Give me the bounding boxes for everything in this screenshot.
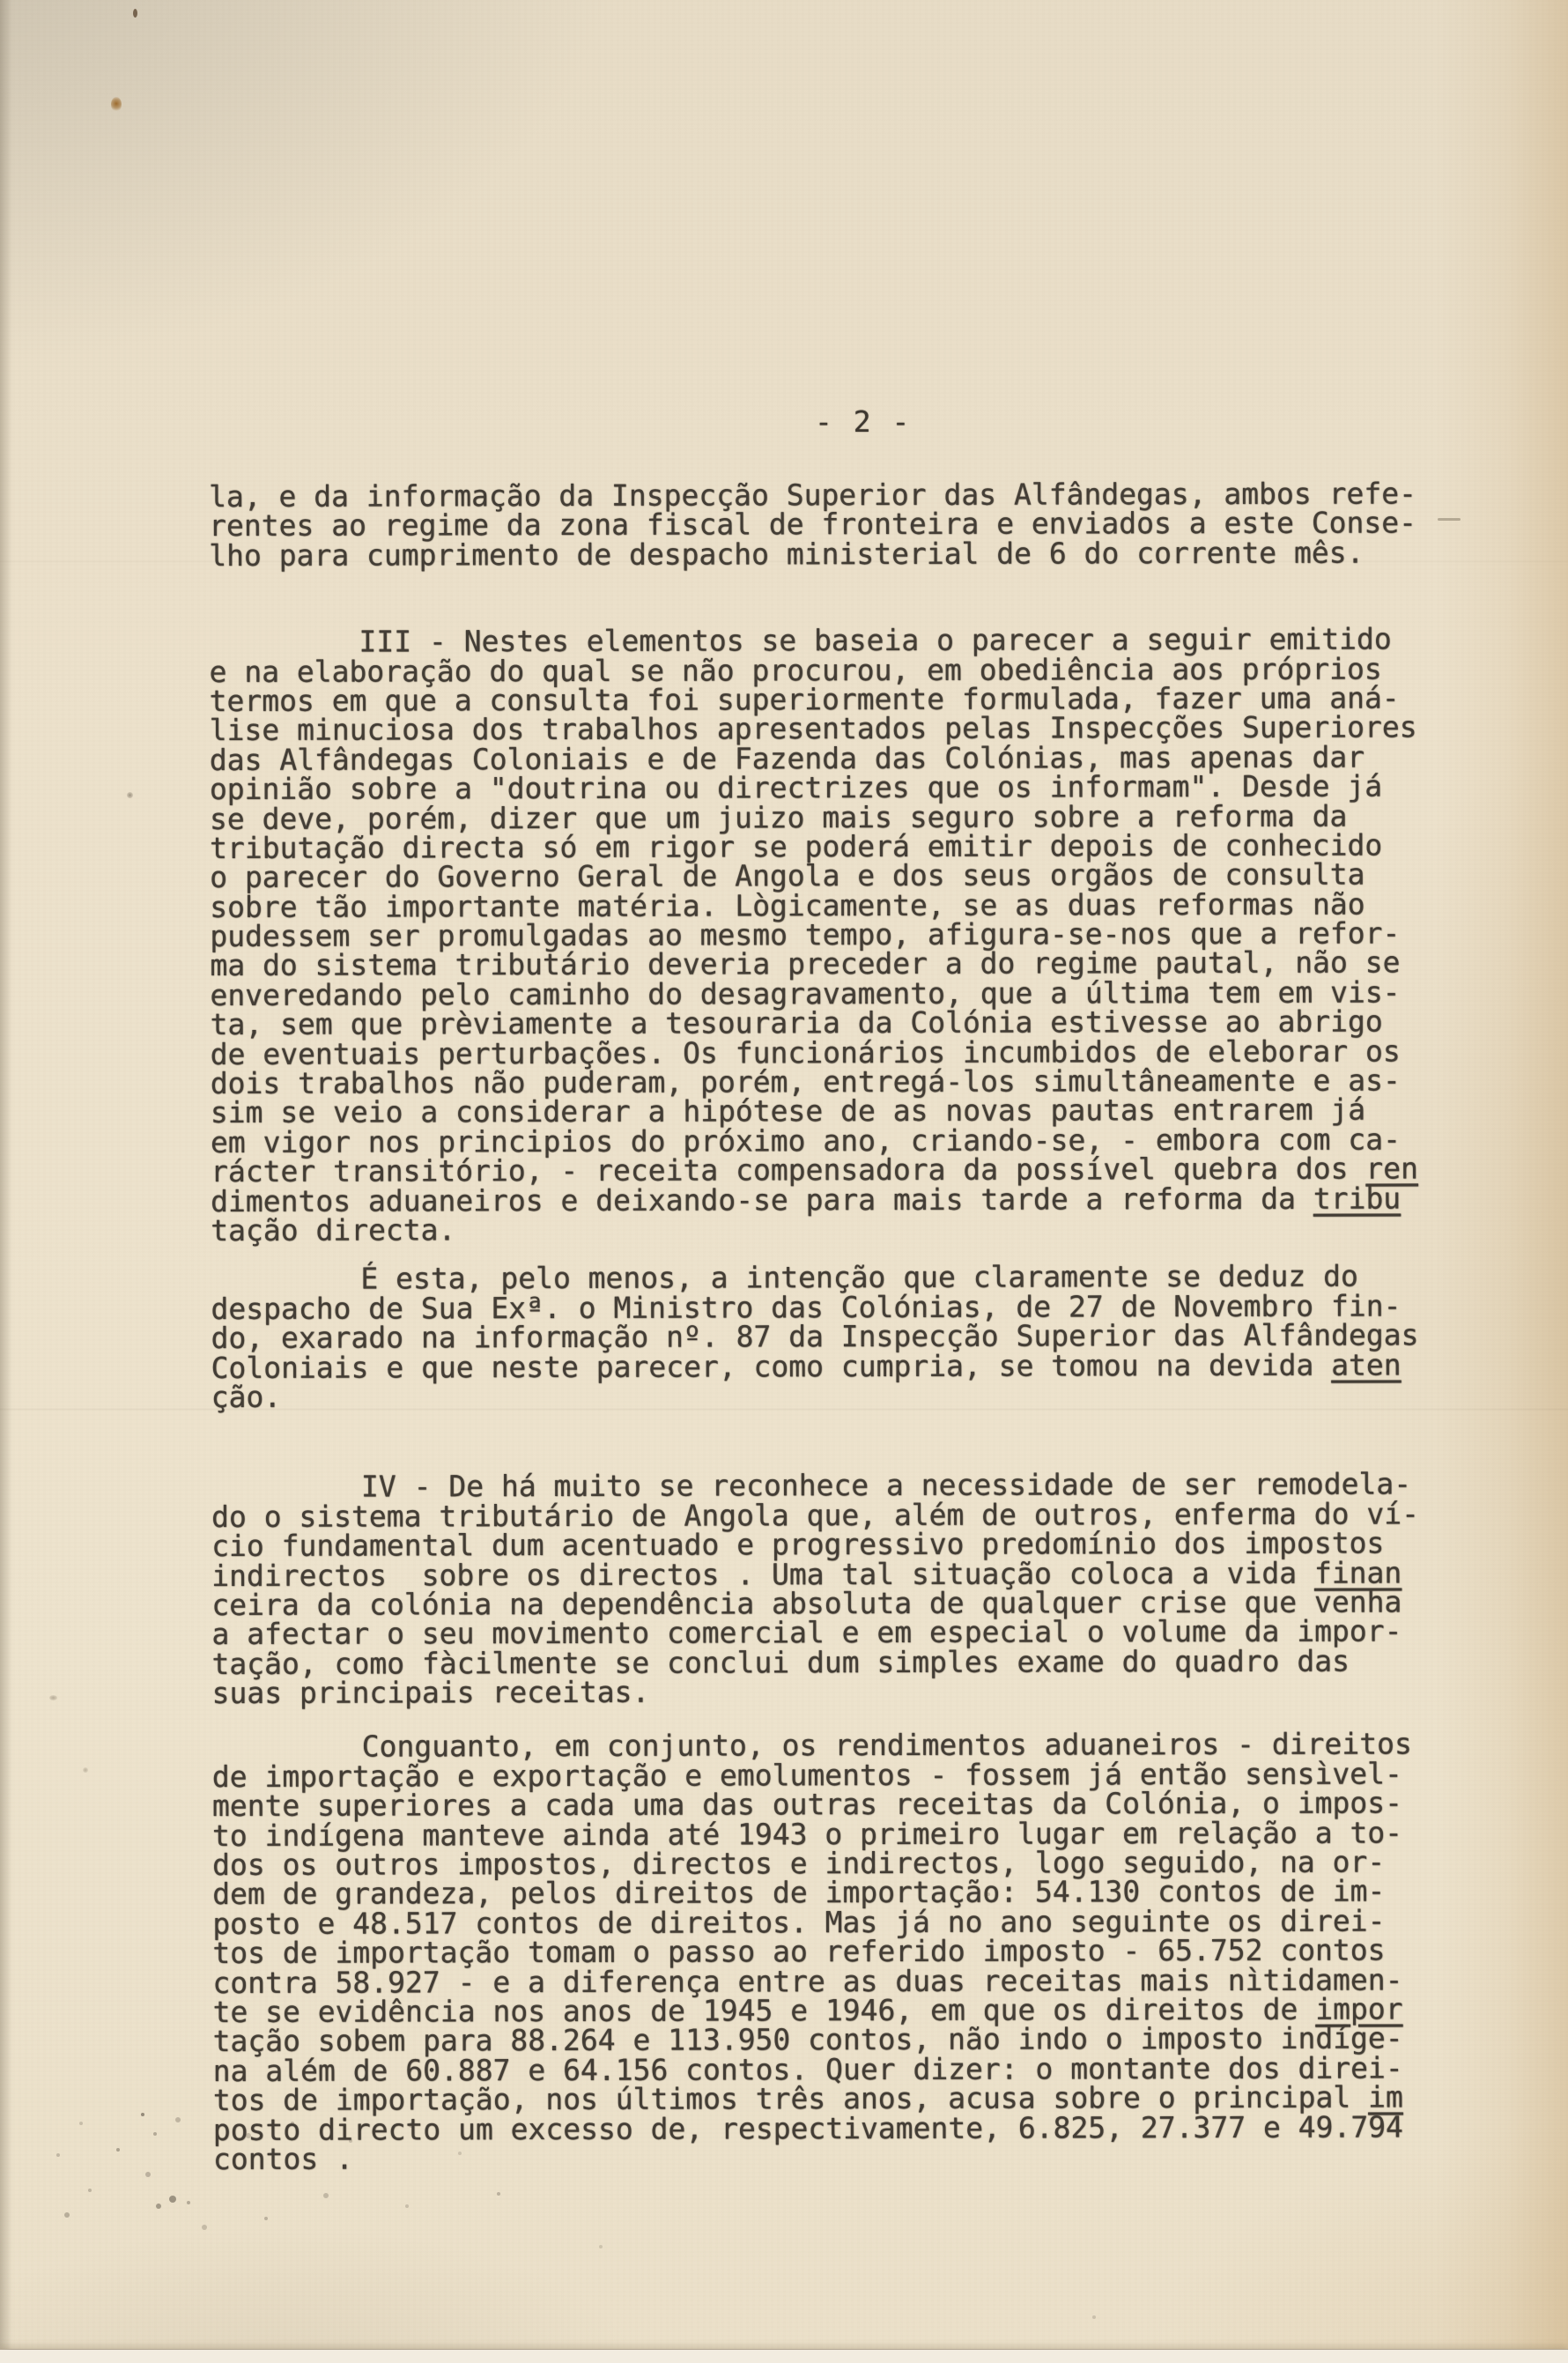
underlined-text: aten [1331, 1347, 1402, 1382]
paragraph: IV - De há muito se reconhece a necessid… [211, 1470, 1446, 1708]
ink-speck [49, 1695, 57, 1700]
text-line: suas principais receitas. [212, 1675, 1446, 1707]
paragraph: la, e da informação da Inspecção Superio… [209, 478, 1442, 570]
text-line: lho para cumprimento de despacho ministe… [209, 537, 1442, 570]
text-line: tação directa. [211, 1212, 1444, 1245]
rust-stain [111, 97, 122, 112]
page-number: - 2 - [815, 404, 911, 439]
scanned-document-page: - 2 - la, e da informação da Inspecção S… [0, 0, 1568, 2363]
paragraph: III - Nestes elementos se baseia o parec… [209, 625, 1444, 1246]
text-line: posto directo um excesso de, respectivam… [213, 2112, 1446, 2144]
page-bottom-edge [0, 2349, 1568, 2363]
ink-speck [83, 1767, 88, 1773]
text-line: Coloniais e que neste parecer, como cump… [211, 1350, 1445, 1382]
ink-smudge-cluster [141, 2113, 144, 2116]
paragraph: Conguanto, em conjunto, os rendimentos a… [212, 1730, 1446, 2174]
ink-speck [127, 792, 133, 798]
paragraph: É esta, pelo menos, a intenção que clara… [211, 1262, 1444, 1412]
text-line: dimentos aduaneiros e deixando-se para m… [211, 1183, 1444, 1216]
ink-fleck [133, 9, 137, 18]
underlined-text: tribu [1313, 1181, 1401, 1215]
text-line: tação, como fàcilmente se conclui dum si… [211, 1646, 1445, 1678]
document-body: la, e da informação da Inspecção Superio… [209, 478, 1446, 2174]
